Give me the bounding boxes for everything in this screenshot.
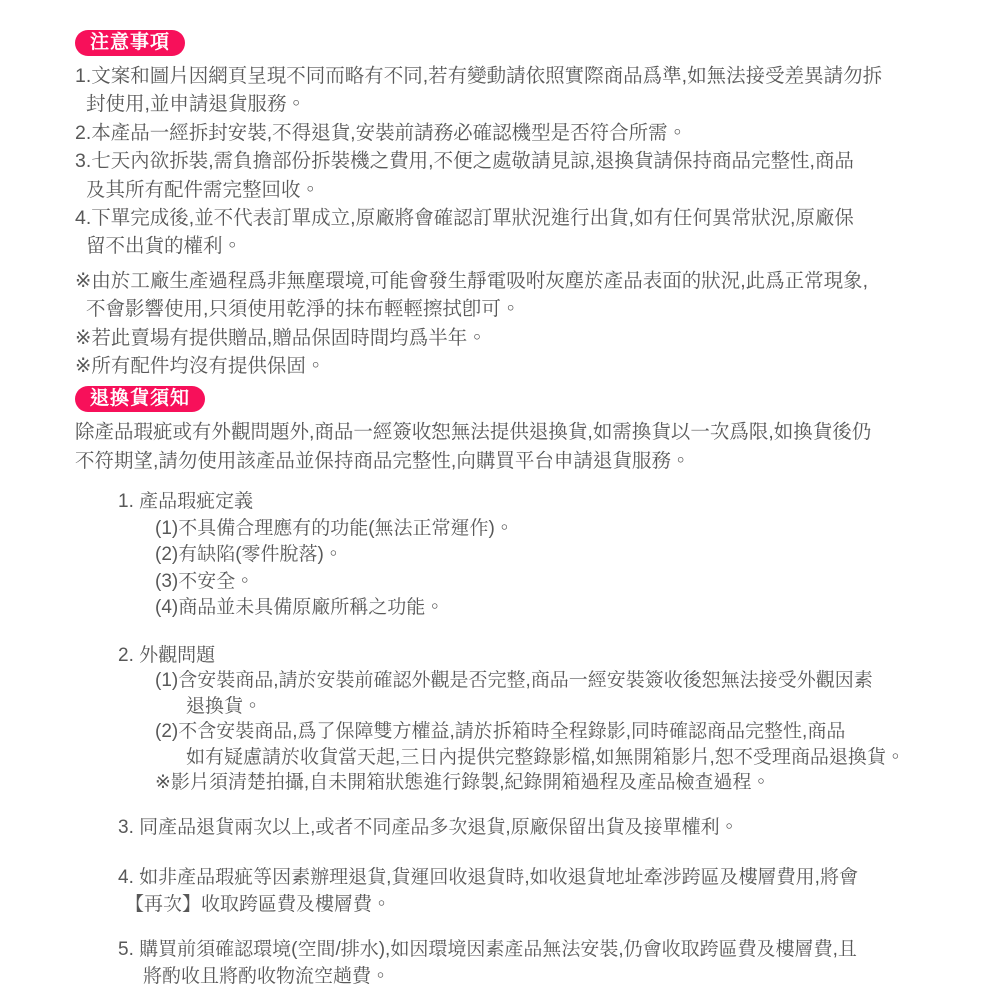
return-section-header: 退換貨須知 — [75, 386, 1000, 412]
notice-item-3-line-2: 及其所有配件需完整回收。 — [86, 176, 1000, 204]
notice-item-1-line-2: 封使用,並申請退貨服務。 — [86, 90, 1000, 118]
return-item-5: 5. 購買前須確認環境(空間/排水),如因環境因素產品無法安裝,仍會收取跨區費及… — [0, 937, 1000, 990]
notice-item-4-line-1: 4.下單完成後,並不代表訂單成立,原廠將會確認訂單狀況進行出貨,如有任何異常狀況… — [75, 204, 1000, 232]
return-item-5-line-2: 將酌收且將酌收物流空趟費。 — [143, 964, 1000, 991]
notice-note-1-line-2: 不會影響使用,只須使用乾淨的抹布輕輕擦拭卽可。 — [86, 295, 1000, 323]
notice-item-4-line-2: 留不出貨的權利。 — [86, 232, 1000, 260]
return-item-4-line-2: 【再次】收取跨區費及樓層費。 — [125, 892, 1000, 919]
defect-point-4: (4)商品並未具備原廠所稱之功能。 — [155, 595, 1000, 622]
policy-notice-document: 注意事項 1.文案和圖片因網頁呈現不同而略有不同,若有變動請依照實際商品爲準,如… — [0, 0, 1000, 1000]
appearance-point-2-line-2: 如有疑慮請於收貨當天起,三日內提供完整錄影檔,如無開箱影片,恕不受理商品退換貨。 — [186, 745, 1000, 771]
notice-note-1-line-1: ※由於工廠生產過程爲非無塵環境,可能會發生靜電吸咐灰塵於產品表面的狀況,此爲正常… — [75, 267, 1000, 295]
return-intro-line-2: 不符期望,請勿使用該產品並保持商品完整性,向購買平台申請退貨服務。 — [75, 447, 1000, 475]
notice-section-header: 注意事項 — [75, 30, 1000, 56]
defect-point-3: (3)不安全。 — [155, 569, 1000, 596]
notice-item-3-line-1: 3.七天內欲拆裝,需負擔部份拆裝機之費用,不便之處敬請見諒,退換貨請保持商品完整… — [75, 147, 1000, 175]
notice-note-2: ※若此賣場有提供贈品,贈品保固時間均爲半年。 — [75, 324, 1000, 352]
defect-point-1: (1)不具備合理應有的功能(無法正常運作)。 — [155, 516, 1000, 543]
defect-point-2: (2)有缺陷(零件脫落)。 — [155, 542, 1000, 569]
notice-item-2-line-1: 2.本產品一經拆封安裝,不得退貨,安裝前請務必確認機型是否符合所需。 — [75, 119, 1000, 147]
appearance-point-1-line-1: (1)含安裝商品,請於安裝前確認外觀是否完整,商品一經安裝簽收後恕無法接受外觀因… — [155, 668, 1000, 694]
return-item-4-line-1: 4. 如非產品瑕疵等因素辦理退貨,貨運回收退貨時,如收退貨地址牽涉跨區及樓層費用… — [118, 865, 1000, 892]
return-item-3-line-1: 3. 同產品退貨兩次以上,或者不同產品多次退貨,原廠保留出貨及接單權利。 — [118, 815, 1000, 842]
notice-notes: ※由於工廠生產過程爲非無塵環境,可能會發生靜電吸咐灰塵於產品表面的狀況,此爲正常… — [0, 267, 1000, 381]
notice-note-3: ※所有配件均沒有提供保固。 — [75, 352, 1000, 380]
defect-definition-block: 1. 產品瑕疵定義 (1)不具備合理應有的功能(無法正常運作)。 (2)有缺陷(… — [0, 489, 1000, 622]
return-badge: 退換貨須知 — [75, 386, 205, 412]
appearance-issue-title: 2. 外觀問題 — [118, 643, 1000, 669]
appearance-video-note: ※影片須清楚拍攝,自未開箱狀態進行錄製,紀錄開箱過程及產品檢查過程。 — [155, 770, 1000, 796]
notice-list: 1.文案和圖片因網頁呈現不同而略有不同,若有變動請依照實際商品爲準,如無法接受差… — [0, 62, 1000, 261]
return-intro: 除產品瑕疵或有外觀問題外,商品一經簽收恕無法提供退換貨,如需換貨以一次爲限,如換… — [0, 418, 1000, 475]
notice-badge: 注意事項 — [75, 30, 185, 56]
return-intro-line-1: 除產品瑕疵或有外觀問題外,商品一經簽收恕無法提供退換貨,如需換貨以一次爲限,如換… — [75, 418, 1000, 446]
appearance-issue-block: 2. 外觀問題 (1)含安裝商品,請於安裝前確認外觀是否完整,商品一經安裝簽收後… — [0, 643, 1000, 796]
appearance-point-1-line-2: 退換貨。 — [186, 694, 1000, 720]
appearance-point-2-line-1: (2)不含安裝商品,爲了保障雙方權益,請於拆箱時全程錄影,同時確認商品完整性,商… — [155, 719, 1000, 745]
return-item-3: 3. 同產品退貨兩次以上,或者不同產品多次退貨,原廠保留出貨及接單權利。 — [0, 815, 1000, 842]
notice-item-1-line-1: 1.文案和圖片因網頁呈現不同而略有不同,若有變動請依照實際商品爲準,如無法接受差… — [75, 62, 1000, 90]
defect-definition-title: 1. 產品瑕疵定義 — [118, 489, 1000, 516]
return-item-4: 4. 如非產品瑕疵等因素辦理退貨,貨運回收退貨時,如收退貨地址牽涉跨區及樓層費用… — [0, 865, 1000, 918]
return-item-5-line-1: 5. 購買前須確認環境(空間/排水),如因環境因素產品無法安裝,仍會收取跨區費及… — [118, 937, 1000, 964]
